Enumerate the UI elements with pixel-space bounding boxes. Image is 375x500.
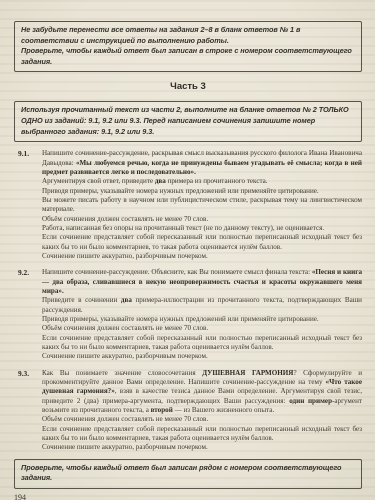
part-heading: Часть 3 [14,81,362,92]
task-9-1: 9.1. Напишите сочинение-рассуждение, рас… [14,149,362,261]
task-paragraph: Аргументируя свой ответ, приведите два п… [42,177,362,186]
task-paragraph: Если сочинение представляет собой переск… [42,233,362,252]
notice-line: Проверьте, чтобы каждый ответ был записа… [21,46,355,67]
transfer-answers-notice: Не забудьте перенести все ответы на зада… [14,21,362,72]
task-paragraph: Объём сочинения должен составлять не мен… [42,415,362,424]
task-paragraph: Если сочинение представляет собой переск… [42,425,362,444]
task-number: 9.3. [14,369,42,453]
task-paragraph: Напишите сочинение-рассуждение, раскрыва… [42,149,362,177]
task-paragraph: Приведите в сочинении два примера-иллюст… [42,296,362,315]
task-paragraph: Сочинение пишите аккуратно, разборчивым … [42,443,362,452]
task-paragraph: Объём сочинения должен составлять не мен… [42,324,362,333]
task-number: 9.1. [14,149,42,261]
task-text: Напишите сочинение-рассуждение. Объяснит… [42,268,362,361]
task-paragraph: Как Вы понимаете значение словосочетания… [42,369,362,416]
task-paragraph: Напишите сочинение-рассуждение. Объяснит… [42,268,362,296]
task-paragraph: Приводя примеры, указывайте номера нужны… [42,187,362,196]
part-instruction-box: Используя прочитанный текст из части 2, … [14,101,362,142]
task-paragraph: Сочинение пишите аккуратно, разборчивым … [42,252,362,261]
exam-page: Не забудьте перенести все ответы на зада… [0,0,375,500]
task-paragraph: Сочинение пишите аккуратно, разборчивым … [42,352,362,361]
task-9-3: 9.3. Как Вы понимаете значение словосоче… [14,369,362,453]
task-paragraph: Вы можете писать работу в научном или пу… [42,196,362,215]
notice-line: Проверьте, чтобы каждый ответ был записа… [21,463,355,484]
task-paragraph: Приводя примеры, указывайте номера нужны… [42,315,362,324]
task-9-2: 9.2. Напишите сочинение-рассуждение. Объ… [14,268,362,361]
task-text: Напишите сочинение-рассуждение, раскрыва… [42,149,362,261]
task-paragraph: Объём сочинения должен составлять не мен… [42,215,362,224]
part-instruction-text: Используя прочитанный текст из части 2, … [21,105,355,137]
task-paragraph: Если сочинение представляет собой переск… [42,334,362,353]
task-number: 9.2. [14,268,42,361]
check-answers-notice: Проверьте, чтобы каждый ответ был записа… [14,459,362,489]
task-text: Как Вы понимаете значение словосочетания… [42,369,362,453]
page-number: 194 [14,493,362,500]
notice-line: Не забудьте перенести все ответы на зада… [21,25,355,46]
task-paragraph: Работа, написанная без опоры на прочитан… [42,224,362,233]
